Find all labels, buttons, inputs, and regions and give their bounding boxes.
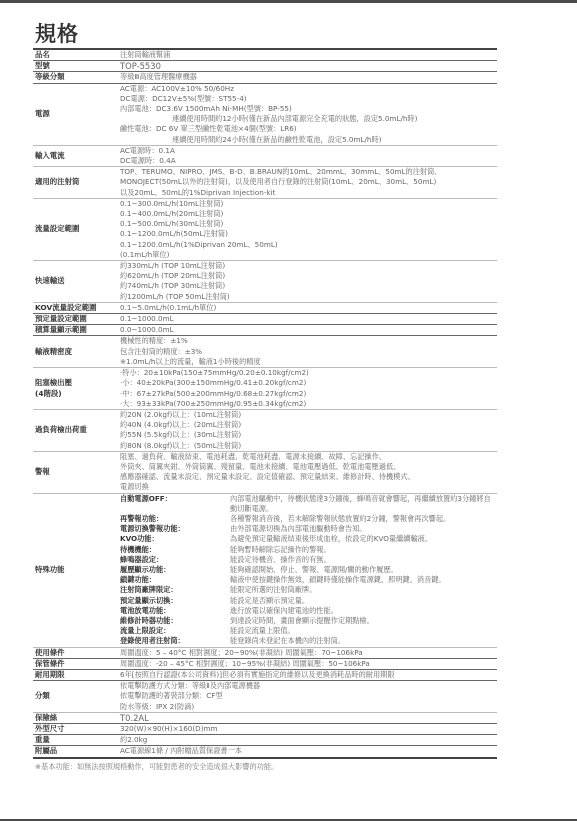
feature-name: 電池放電功能： (120, 606, 230, 616)
spec-value-line: 0.1~1000.0mL (120, 314, 497, 324)
feature-name: 維修計時器功能： (120, 616, 230, 626)
spec-value-line: 0.1~5.0mL/h(0.1mL/h單位) (120, 303, 497, 313)
spec-value: 依電擊防護方式分類：等級Ⅱ及內部電源機器依電擊防護的著裝部分類：CF型防水等級：… (118, 681, 497, 713)
spec-value: T0.2AL (118, 712, 497, 723)
spec-value: AC電源線1條 / 內附贈品質保證書一本 (118, 746, 497, 758)
spec-value-line: 0.1~400.0mL/h(20mL注射筒) (120, 209, 497, 219)
feature-name: 待機機能： (120, 545, 230, 555)
spec-value-line: 防水等級：IPX 2(防滴) (120, 702, 497, 712)
feature-name: 預定量顯示切換： (120, 596, 230, 606)
feature-name: 注射筒廠牌限定： (120, 585, 230, 595)
footnote: ※基本功能：如無法按照規格動作，可能對患者的安全造成很大影響的功能。 (33, 762, 497, 772)
feature-name: 鎖鍵功能： (120, 575, 230, 585)
spec-label: 分類 (33, 681, 118, 713)
spec-label: 特殊功能 (33, 493, 118, 647)
spec-label: 過負荷檢出荷重 (33, 409, 118, 451)
spec-row: KOV流量設定範圍0.1~5.0mL/h(0.1mL/h單位) (33, 302, 497, 313)
feature-name: 蜂鳴器設定： (120, 555, 230, 565)
feature-description: 能限定所選的注射筒廠牌。 (230, 585, 497, 595)
spec-value-line: ·小：40±20kPa(300±150mmHg/0.41±0.20kgf/cm2… (120, 378, 497, 388)
spec-value-line: 0.0~1000.0mL (120, 325, 497, 335)
spec-value-line: 感應器確認、流量未設定、預定量未設定、設定值確認、預定量結束、維修計時、待機模式… (120, 472, 497, 482)
spec-row: 等級分類等級Ⅲ高度管理醫療機器 (33, 72, 497, 83)
spec-value: 機械性的精度：±1%包含注射筒的精度：±3%※1.0mL/h以上的流量，輸液1小… (118, 336, 497, 368)
feature-description: 能夠暫時解除忘記操作的警報。 (230, 545, 497, 555)
spec-value-line: ·特小：20±10kPa(150±75mmHg/0.20±0.10kgf/cm2… (120, 368, 497, 378)
spec-row: 特殊功能自動電源OFF：內部電池驅動中，待機狀態達3分鐘後，蜂鳴音就會響起，再繼… (33, 493, 497, 647)
feature-item: 履歷顯示功能：能夠確認開始、停止、警報、電源開/關的動作履歷。 (120, 565, 497, 575)
spec-value-line: AC電源：AC100V±10% 50/60Hz (120, 84, 497, 94)
feature-item: 自動電源OFF：內部電池驅動中，待機狀態達3分鐘後，蜂鳴音就會響起，再繼續放置約… (120, 494, 497, 514)
feature-description: 到達設定時間，畫面會顯示提醒作定期點檢。 (230, 616, 497, 626)
spec-value-line: ※1.0mL/h以上的流量，輸液1小時後的精度 (120, 357, 497, 367)
spec-value: 320(W)×90(H)×160(D)mm (118, 724, 497, 735)
spec-value-line: AC電源時：0.1A (120, 146, 497, 156)
spec-value-line: (0.1mL/h單位) (120, 250, 497, 260)
feature-item: 電池放電功能：進行放電以確保內建電池的性能。 (120, 606, 497, 616)
spec-value: 0.1~1000.0mL (118, 314, 497, 325)
spec-row: 流量設定範圍0.1~300.0mL/h(10mL注射筒)0.1~400.0mL/… (33, 198, 497, 260)
spec-row: 耐用期限6年[按照自行認證(本公司資料)]但必須有實施指定的維修以及更換消耗品時… (33, 669, 497, 680)
spec-label: 適用的注射筒 (33, 167, 118, 199)
spec-row: 重量約2.0kg (33, 735, 497, 746)
feature-description: 能設定待機音、操作音的有無。 (230, 555, 497, 565)
spec-label: 積算量顯示範圍 (33, 325, 118, 336)
spec-value: 0.1~5.0mL/h(0.1mL/h單位) (118, 302, 497, 313)
spec-value-line: 約740mL/h (TOP 30mL注射筒) (120, 281, 497, 291)
spec-label: 快速輸送 (33, 261, 118, 303)
spec-label: 預定量設定範圍 (33, 314, 118, 325)
feature-item: 待機機能：能夠暫時解除忘記操作的警報。 (120, 545, 497, 555)
feature-description: 進行放電以確保內建電池的性能。 (230, 606, 497, 616)
spec-value-line: 約40N (4.0kgf)以上：(20mL注射筒) (120, 420, 497, 430)
spec-value-line: 周圍溫度：5 – 40°C 相對濕度；20~90%(非凝結) 周圍氣壓：70~1… (120, 648, 497, 658)
top-border (0, 0, 577, 3)
spec-label-line: 阻塞檢出壓 (35, 378, 118, 388)
feature-name: 登錄使用者注射筒： (120, 636, 230, 646)
feature-name: 自動電源OFF： (120, 494, 230, 514)
feature-item: 再警報功能：各種警報消音後，若未解除警報狀態放置約2分鐘，警報會再次響起。 (120, 514, 497, 524)
feature-description: 由外部電源切換為內部電池驅動時會告知。 (230, 524, 497, 534)
spec-value-line: 內部電池：DC3.6V 1500mAh Ni-MH(型號：BP-55) (120, 104, 497, 114)
spec-value-line: 0.1~300.0mL/h(10mL注射筒) (120, 199, 497, 209)
feature-description: 各種警報消音後，若未解除警報狀態放置約2分鐘，警報會再次響起。 (230, 514, 497, 524)
spec-label: 輸液精密度 (33, 336, 118, 368)
spec-value-line: TOP-5530 (120, 61, 497, 71)
spec-row: 使用條件周圍溫度：5 – 40°C 相對濕度；20~90%(非凝結) 周圍氣壓：… (33, 647, 497, 658)
spec-label: 等級分類 (33, 72, 118, 83)
spec-label: KOV流量設定範圍 (33, 302, 118, 313)
feature-item: 登錄使用者注射筒：能登錄尚未登記在本機內的注射筒。 (120, 636, 497, 646)
spec-page: 規格 品名注射筒輸液幫浦型號TOP-5530等級分類等級Ⅲ高度管理醫療機器電源A… (33, 22, 497, 772)
spec-value: 自動電源OFF：內部電池驅動中，待機狀態達3分鐘後，蜂鳴音就會響起，再繼續放置約… (118, 493, 497, 647)
spec-row: 保險絲T0.2AL (33, 712, 497, 723)
feature-item: 預定量顯示切換：能設定是否顯示預定量。 (120, 596, 497, 606)
spec-value-line: 機械性的精度：±1% (120, 336, 497, 346)
spec-value-line: 約55N (5.5kgf)以上：(30mL注射筒) (120, 430, 497, 440)
spec-label: 附屬品 (33, 746, 118, 758)
feature-item: 維修計時器功能：到達設定時間，畫面會顯示提醒作定期點檢。 (120, 616, 497, 626)
spec-value: 6年[按照自行認證(本公司資料)]但必須有實施指定的維修以及更換消耗品時的耐用期… (118, 669, 497, 680)
spec-value-line: 約20N (2.0kgf)以上：(10mL注射筒) (120, 410, 497, 420)
feature-item: 電源切換警報功能：由外部電源切換為內部電池驅動時會告知。 (120, 524, 497, 534)
spec-value-line: DC電源時：0.4A (120, 156, 497, 166)
spec-value: 周圍溫度：5 – 40°C 相對濕度；20~90%(非凝結) 周圍氣壓：70~1… (118, 647, 497, 658)
spec-value-line: 依電擊防護方式分類：等級Ⅱ及內部電源機器 (120, 681, 497, 691)
feature-description: 能登錄尚未登記在本機內的注射筒。 (230, 636, 497, 646)
spec-value-line: 0.1~1200.0mL/h(50mL注射筒) (120, 229, 497, 239)
spec-value: AC電源：AC100V±10% 50/60HzDC電源：DC12V±5%(型號：… (118, 83, 497, 145)
spec-value: 周圍溫度：-20 – 45°C 相對濕度；10~95%(非凝結) 周圍氣壓：50… (118, 658, 497, 669)
spec-value: TOP、TERUMO、NIPRO、JMS、B-D、B.BRAUN的10mL、20… (118, 167, 497, 199)
spec-value-line: 0.1~1200.0mL/h(1%Diprivan 20mL、50mL) (120, 240, 497, 250)
spec-row: 電源AC電源：AC100V±10% 50/60HzDC電源：DC12V±5%(型… (33, 83, 497, 145)
spec-label: 警報 (33, 451, 118, 493)
spec-row: 輸液精密度機械性的精度：±1%包含注射筒的精度：±3%※1.0mL/h以上的流量… (33, 336, 497, 368)
page-title: 規格 (33, 22, 497, 48)
spec-label: 品名 (33, 49, 118, 61)
feature-name: 電源切換警報功能： (120, 524, 230, 534)
feature-item: 鎖鍵功能：輸液中使按鍵操作無效，鎖鍵時僅能操作電源鍵、照明鍵、消音鍵。 (120, 575, 497, 585)
spec-row: 保管條件周圍溫度：-20 – 45°C 相對濕度；10~95%(非凝結) 周圍氣… (33, 658, 497, 669)
spec-label: 重量 (33, 735, 118, 746)
spec-label: 電源 (33, 83, 118, 145)
spec-label: 耐用期限 (33, 669, 118, 680)
spec-value-line: 依電擊防護的著裝部分類：CF型 (120, 691, 497, 701)
spec-row: 快速輸送約330mL/h (TOP 10mL注射筒)約620mL/h (TOP … (33, 261, 497, 303)
spec-value-line: 等級Ⅲ高度管理醫療機器 (120, 72, 497, 82)
spec-value-line: DC電源：DC12V±5%(型號：ST55-4) (120, 94, 497, 104)
spec-row: 分類依電擊防護方式分類：等級Ⅱ及內部電源機器依電擊防護的著裝部分類：CF型防水等… (33, 681, 497, 713)
feature-description: 輸液中使按鍵操作無效，鎖鍵時僅能操作電源鍵、照明鍵、消音鍵。 (230, 575, 497, 585)
spec-value-line: 電源切換 (120, 482, 497, 492)
spec-value-line: 約80N (8.0kgf)以上：(50mL注射筒) (120, 441, 497, 451)
spec-value-line: 約620mL/h (TOP 20mL注射筒) (120, 271, 497, 281)
feature-description: 內部電池驅動中，待機狀態達3分鐘後，蜂鳴音就會響起，再繼續放置約3分鐘將自動切斷… (230, 494, 497, 514)
feature-description: 能夠確認開始、停止、警報、電源開/關的動作履歷。 (230, 565, 497, 575)
spec-value: 約330mL/h (TOP 10mL注射筒)約620mL/h (TOP 20mL… (118, 261, 497, 303)
spec-value: 約2.0kg (118, 735, 497, 746)
spec-value-line: 0.1~500.0mL/h(30mL注射筒) (120, 219, 497, 229)
feature-name: 履歷顯示功能： (120, 565, 230, 575)
spec-value-line: 約330mL/h (TOP 10mL注射筒) (120, 261, 497, 271)
spec-value: AC電源時：0.1ADC電源時：0.4A (118, 145, 497, 166)
spec-label: 保管條件 (33, 658, 118, 669)
spec-label: 外型尺寸 (33, 724, 118, 735)
spec-value-line: 注射筒輸液幫浦 (120, 50, 497, 60)
spec-label: 輸入電流 (33, 145, 118, 166)
spec-value-line: 連續使用時間約12小時(僅在新品內部電源完全充電的狀態，設定5.0mL/h時) (120, 114, 497, 124)
spec-value-line: 阻塞、過負荷、輸液結束、電池耗盡、乾電池耗盡、電源未接續、故障、忘記操作、 (120, 452, 497, 462)
spec-value-line: 6年[按照自行認證(本公司資料)]但必須有實施指定的維修以及更換消耗品時的耐用期… (120, 670, 497, 680)
spec-value: 注射筒輸液幫浦 (118, 49, 497, 61)
spec-row: 輸入電流AC電源時：0.1ADC電源時：0.4A (33, 145, 497, 166)
feature-description: 能設定流量上限值。 (230, 626, 497, 636)
spec-value: TOP-5530 (118, 61, 497, 72)
feature-item: KVO功能：為避免預定量輸液結束後形成血栓，依設定的KVO量繼續輸液。 (120, 534, 497, 544)
spec-value: 0.1~300.0mL/h(10mL注射筒)0.1~400.0mL/h(20mL… (118, 198, 497, 260)
spec-table: 品名注射筒輸液幫浦型號TOP-5530等級分類等級Ⅲ高度管理醫療機器電源AC電源… (33, 48, 497, 759)
spec-value-line: 連續使用時間約24小時(僅在新品的鹼性乾電池，設定5.0mL/h時) (120, 135, 497, 145)
spec-row: 型號TOP-5530 (33, 61, 497, 72)
spec-value-line: 外筒夾、筒翼夾鉗、外筒筒翼、殘留量、電池未接續、電池電壓過低、乾電池電壓過低、 (120, 462, 497, 472)
spec-value: 等級Ⅲ高度管理醫療機器 (118, 72, 497, 83)
spec-value: 約20N (2.0kgf)以上：(10mL注射筒)約40N (4.0kgf)以上… (118, 409, 497, 451)
spec-value-line: TOP、TERUMO、NIPRO、JMS、B-D、B.BRAUN的10mL、20… (120, 167, 497, 177)
spec-row: 品名注射筒輸液幫浦 (33, 49, 497, 61)
spec-row: 過負荷檢出荷重約20N (2.0kgf)以上：(10mL注射筒)約40N (4.… (33, 409, 497, 451)
spec-value-line: 320(W)×90(H)×160(D)mm (120, 724, 497, 734)
spec-value-line: 約1200mL/h (TOP 50mL注射筒) (120, 292, 497, 302)
spec-value-line: ·大：93±33kPa(700±250mmHg/0.95±0.34kgf/cm2… (120, 399, 497, 409)
spec-row: 警報阻塞、過負荷、輸液結束、電池耗盡、乾電池耗盡、電源未接續、故障、忘記操作、外… (33, 451, 497, 493)
feature-name: 流量上限設定： (120, 626, 230, 636)
spec-value-line: 以及20mL、50mL的1%Diprivan Injection-kit (120, 188, 497, 198)
spec-value-line: 約2.0kg (120, 735, 497, 745)
feature-item: 注射筒廠牌限定：能限定所選的注射筒廠牌。 (120, 585, 497, 595)
feature-item: 流量上限設定：能設定流量上限值。 (120, 626, 497, 636)
spec-value-line: 鹼性電池：DC 6V 單三型鹼性乾電池×4個(型號：LR6) (120, 124, 497, 134)
feature-name: KVO功能： (120, 534, 230, 544)
feature-name: 再警報功能： (120, 514, 230, 524)
spec-label: 阻塞檢出壓(4階段) (33, 368, 118, 410)
spec-row: 適用的注射筒TOP、TERUMO、NIPRO、JMS、B-D、B.BRAUN的1… (33, 167, 497, 199)
spec-row: 阻塞檢出壓(4階段)·特小：20±10kPa(150±75mmHg/0.20±0… (33, 368, 497, 410)
spec-row: 附屬品AC電源線1條 / 內附贈品質保證書一本 (33, 746, 497, 758)
spec-value: 阻塞、過負荷、輸液結束、電池耗盡、乾電池耗盡、電源未接續、故障、忘記操作、外筒夾… (118, 451, 497, 493)
feature-description: 為避免預定量輸液結束後形成血栓，依設定的KVO量繼續輸液。 (230, 534, 497, 544)
feature-description: 能設定是否顯示預定量。 (230, 596, 497, 606)
spec-value-line: 包含注射筒的精度：±3% (120, 347, 497, 357)
feature-item: 蜂鳴器設定：能設定待機音、操作音的有無。 (120, 555, 497, 565)
spec-row: 積算量顯示範圍0.0~1000.0mL (33, 325, 497, 336)
spec-label: 流量設定範圍 (33, 198, 118, 260)
spec-value: 0.0~1000.0mL (118, 325, 497, 336)
spec-label: 保險絲 (33, 712, 118, 723)
spec-value-line: AC電源線1條 / 內附贈品質保證書一本 (120, 746, 497, 756)
spec-value-line: ·中：67±27kPa(500±200mmHg/0.68±0.27kgf/cm2… (120, 389, 497, 399)
spec-row: 外型尺寸320(W)×90(H)×160(D)mm (33, 724, 497, 735)
spec-label: 使用條件 (33, 647, 118, 658)
spec-value-line: T0.2AL (120, 713, 497, 723)
spec-row: 預定量設定範圍0.1~1000.0mL (33, 314, 497, 325)
spec-value-line: 周圍溫度：-20 – 45°C 相對濕度；10~95%(非凝結) 周圍氣壓：50… (120, 659, 497, 669)
spec-value-line: MONOJECT(50mL以外的注射筒)，以及使用者自行登錄的注射筒(10mL、… (120, 177, 497, 187)
spec-label: 型號 (33, 61, 118, 72)
spec-value: ·特小：20±10kPa(150±75mmHg/0.20±0.10kgf/cm2… (118, 368, 497, 410)
spec-label-line: (4階段) (35, 389, 118, 399)
